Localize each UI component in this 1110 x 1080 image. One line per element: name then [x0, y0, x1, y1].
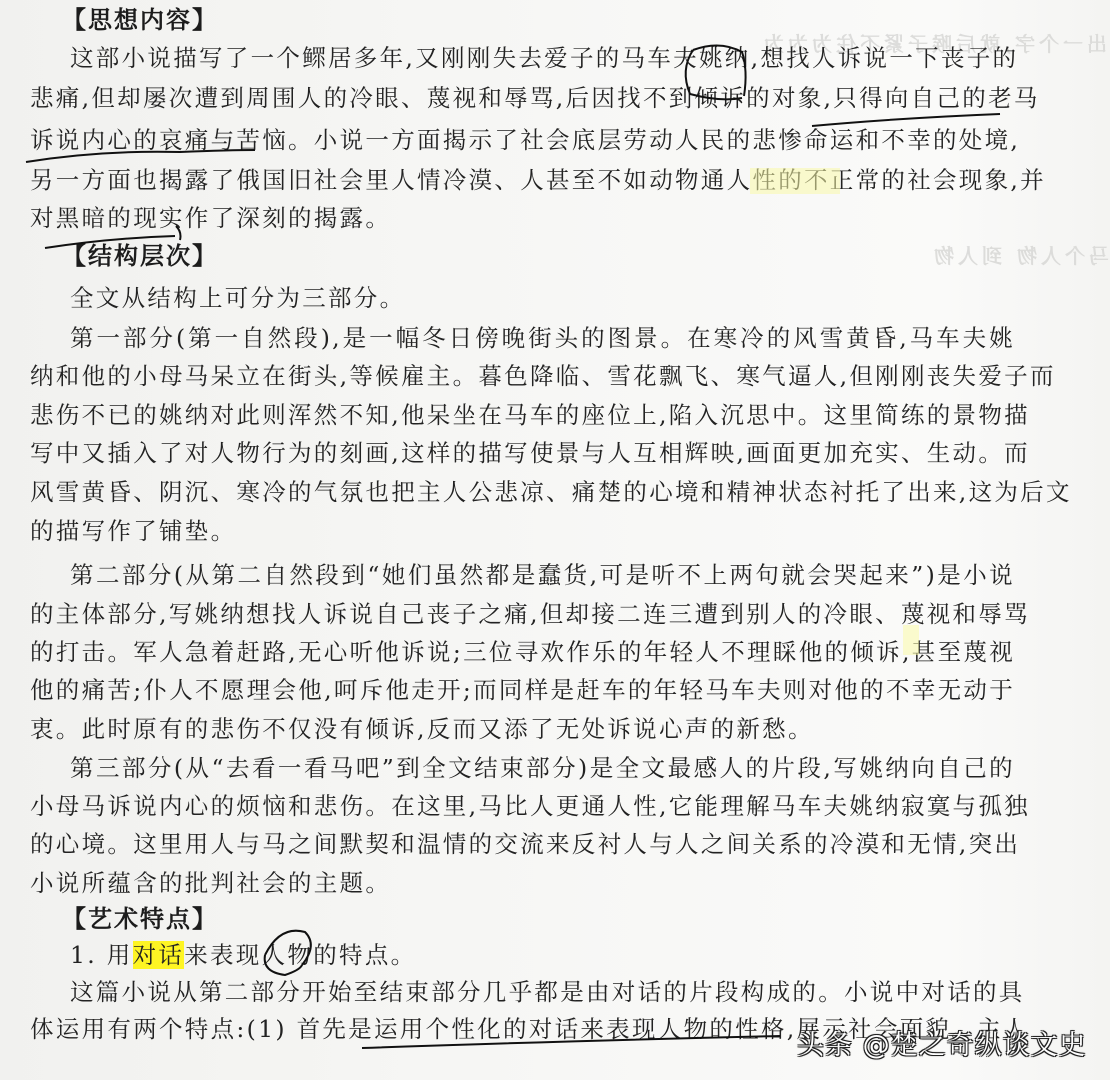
paragraph-line: 的描写作了铺垫。: [30, 513, 1015, 549]
paragraph-line: 纳和他的小母马呆立在街头,等候雇主。暮色降临、雪花飘飞、寒气逼人,但刚刚丧失爱子…: [30, 358, 1015, 394]
watermark: 头条 @楚之奇纵谈文史: [797, 1023, 1087, 1062]
point-1-prefix: 1. 用: [70, 941, 133, 969]
section-heading-structure: 【结构层次】: [62, 238, 218, 274]
paragraph-line: 悲痛,但却屡次遭到周围人的冷眼、蔑视和辱骂,后因找不到倾诉的对象,只得向自己的老…: [30, 80, 1015, 116]
paragraph-line: 风雪黄昏、阴沉、寒冷的气氛也把主人公悲凉、痛楚的心境和精神状态衬托了出来,这为后…: [30, 474, 1015, 510]
paragraph-line: 第三部分(从“去看一看马吧”到全文结束部分)是全文最感人的片段,写姚纳向自己的: [70, 750, 1015, 786]
highlighted-text: 对话: [133, 941, 185, 969]
section-heading-art: 【艺术特点】: [62, 901, 218, 937]
paragraph-line: 诉说内心的哀痛与苦恼。小说一方面揭示了社会底层劳动人民的悲惨命运和不幸的处境,: [30, 122, 1015, 158]
paragraph-line: 的打击。军人急着赶路,无心听他诉说;三位寻欢作乐的年轻人不理睬他的倾诉,甚至蔑视: [30, 634, 1015, 670]
paragraph-line: 小说所蕴含的批判社会的主题。: [30, 865, 1015, 901]
scanned-page: 摇不出一个字,就后喉子紧不住为为为 本篇小说中,马个人物 到人物 【思想内容】 …: [0, 0, 1110, 1080]
paragraph-line: 他的痛苦;仆人不愿理会他,呵斥他走开;而同样是赶车的年轻马车夫则对他的不幸无动于: [30, 672, 1015, 708]
paragraph-line: 的心境。这里用人与马之间默契和温情的交流来反衬人与人之间关系的冷漠和无情,突出: [30, 826, 1015, 862]
paragraph-line: 第一部分(第一自然段),是一幅冬日傍晚街头的图景。在寒冷的风雪黄昏,马车夫姚: [70, 320, 1015, 356]
bleed-through-text: 本篇小说中,马个人物 到人物: [930, 240, 1110, 269]
point-1-line: 1. 用对话来表现人物的特点。: [70, 937, 1015, 973]
point-1-middle: 来表现: [184, 941, 261, 969]
paragraph-line: 衷。此时原有的悲伤不仅没有倾诉,反而又添了无处诉说心声的新愁。: [30, 711, 1015, 747]
paragraph-line: 这篇小说从第二部分开始至结束部分几乎都是由对话的片段构成的。小说中对话的具: [70, 974, 1015, 1010]
paragraph-line: 另一方面也揭露了俄国旧社会里人情冷漠、人甚至不如动物通人性的不正常的社会现象,并: [30, 162, 1015, 198]
paragraph-line: 悲伤不已的姚纳对此则浑然不知,他呆坐在马车的座位上,陷入沉思中。这里简练的景物描: [30, 397, 1015, 433]
paragraph-line: 全文从结构上可分为三部分。: [70, 280, 1015, 316]
paragraph-line: 小母马诉说内心的烦恼和悲伤。在这里,马比人更通人性,它能理解马车夫姚纳寂寞与孤独: [30, 788, 1015, 824]
section-heading-thought: 【思想内容】: [62, 2, 218, 38]
circled-text: 人物: [262, 941, 314, 969]
paragraph-line: 的主体部分,写姚纳想找人诉说自己丧子之痛,但却接二连三遭到别人的冷眼、蔑视和辱骂: [30, 596, 1015, 632]
point-1-suffix: 的特点。: [313, 941, 416, 969]
paragraph-line: 对黑暗的现实作了深刻的揭露。: [30, 200, 1015, 236]
paragraph-line: 这部小说描写了一个鳏居多年,又刚刚失去爱子的马车夫姚纳,想找人诉说一下丧子的: [70, 40, 1015, 76]
paragraph-line: 写中又插入了对人物行为的刻画,这样的描写使景与人互相辉映,画面更加充实、生动。而: [30, 435, 1015, 471]
paragraph-line: 第二部分(从第二自然段到“她们虽然都是蠢货,可是听不上两句就会哭起来”)是小说: [70, 557, 1015, 593]
